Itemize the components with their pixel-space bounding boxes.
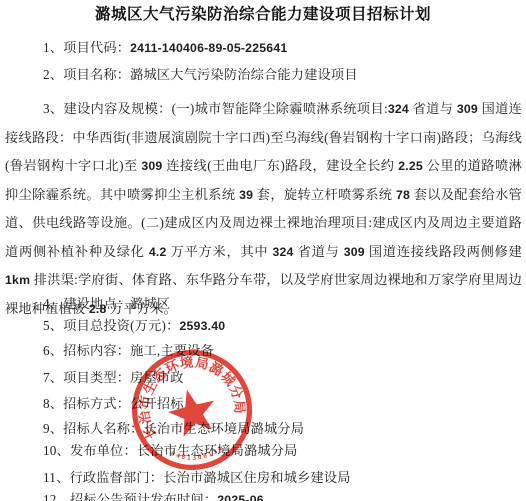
item-value: 长治市生态环境局潞城分局	[144, 421, 305, 436]
document-body: 1、项目代码：2411-140406-89-05-2256412、项目名称：潞城…	[0, 0, 526, 501]
item-value: 长治市生态环境局潞城分局	[137, 443, 298, 458]
item-value: 公开招标	[130, 396, 184, 411]
doc-item-construction-scope: 3、建设内容及规模：(一)城市智能降尘除霾喷淋系统项目:324 省道与 309 …	[5, 95, 522, 323]
item-label: 11、行政监督部门：	[43, 470, 163, 485]
document-page: 潞城区大气污染防治综合能力建设项目招标计划 1、项目代码：2411-140406…	[0, 0, 526, 501]
item-value: 潞城区大气污染防治综合能力建设项目	[130, 67, 358, 82]
item-value: 长治市潞城区住房和城乡建设局	[163, 470, 350, 485]
item-value: 房屋市政	[130, 370, 184, 385]
item-label: 5、项目总投资(万元)：	[43, 318, 179, 333]
item-value: 潞城区	[130, 296, 170, 311]
item-value: 2411-140406-89-05-225641	[130, 40, 287, 55]
doc-item-tender-content: 6、招标内容：施工,主要设备	[5, 343, 522, 359]
item-label: 7、项目类型：	[43, 370, 130, 385]
item-label: 6、招标内容：	[43, 343, 130, 358]
doc-item-publisher: 10、发布单位：长治市生态环境局潞城分局	[5, 443, 522, 459]
doc-item-announce-time: 12、招标公告预计发布时间：2025-06	[5, 492, 522, 501]
item-value: (一)城市智能降尘除霾喷淋系统项目:324 省道与 309 国道连接线路段：中华…	[5, 101, 522, 316]
doc-item-supervision-dept: 11、行政监督部门：长治市潞城区住房和城乡建设局	[5, 470, 522, 486]
item-label: 1、项目代码：	[43, 40, 130, 55]
item-label: 3、建设内容及规模：	[43, 101, 172, 116]
doc-item-tenderer-name: 9、招标人名称：长治市生态环境局潞城分局	[5, 421, 522, 437]
item-value: 施工,主要设备	[130, 343, 214, 358]
doc-item-project-type: 7、项目类型：房屋市政	[5, 370, 522, 386]
item-label: 9、招标人名称：	[43, 421, 144, 436]
doc-item-project-name: 2、项目名称：潞城区大气污染防治综合能力建设项目	[5, 67, 522, 83]
item-label: 4、建设地点：	[43, 296, 130, 311]
doc-item-total-investment: 5、项目总投资(万元)：2593.40	[5, 318, 522, 334]
doc-item-location: 4、建设地点：潞城区	[5, 296, 522, 312]
item-value: 2593.40	[179, 318, 225, 333]
item-value: 2025-06	[217, 492, 264, 501]
item-label: 2、项目名称：	[43, 67, 130, 82]
doc-item-tender-method: 8、招标方式：公开招标	[5, 396, 522, 412]
item-label: 10、发布单位：	[43, 443, 137, 458]
item-label: 8、招标方式：	[43, 396, 130, 411]
doc-item-project-code: 1、项目代码：2411-140406-89-05-225641	[5, 40, 522, 56]
item-label: 12、招标公告预计发布时间：	[43, 492, 217, 501]
